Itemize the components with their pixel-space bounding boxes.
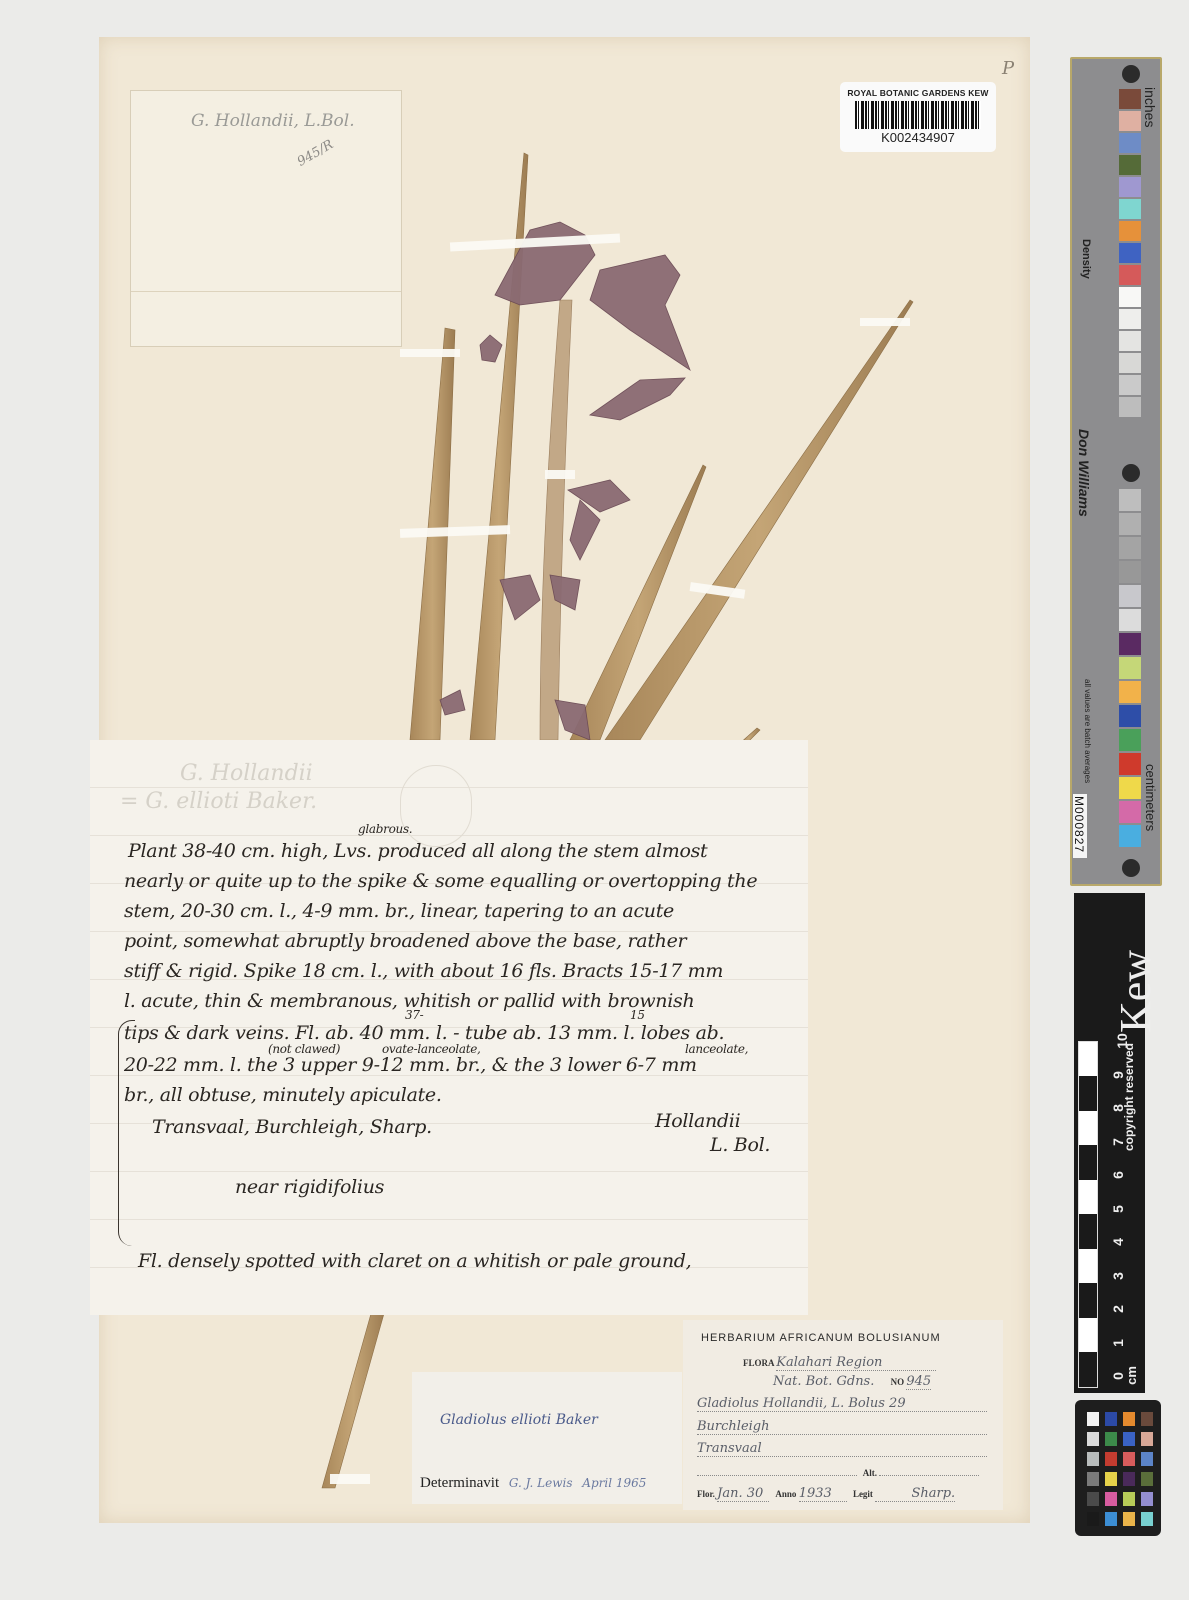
scale-tick: 10 [1114, 1033, 1130, 1049]
color-patch [1119, 89, 1141, 109]
species-name: Hollandii [655, 1110, 740, 1132]
region-row: Transvaal [697, 1441, 987, 1457]
cm-label: cm [1124, 1366, 1139, 1385]
density-label: Density [1080, 239, 1092, 279]
taxon-value: Gladiolus Hollandii, L. Bolus 29 [697, 1396, 987, 1412]
region-value: Transvaal [697, 1441, 987, 1457]
checker-swatch [1087, 1512, 1099, 1526]
alt-row: Alt. [697, 1468, 979, 1478]
scale-tick: 5 [1110, 1205, 1126, 1213]
scale-tick: 6 [1110, 1171, 1126, 1179]
color-patch [1119, 221, 1141, 241]
checker-swatch [1105, 1512, 1117, 1526]
insertion-glabrous: glabrous. [358, 822, 412, 836]
ruler-hole-icon [1122, 65, 1140, 83]
color-patch [1119, 657, 1141, 679]
ruler-hole-icon [1122, 859, 1140, 877]
color-patch [1119, 681, 1141, 703]
checker-swatch [1087, 1472, 1099, 1486]
barcode-label: ROYAL BOTANIC GARDENS KEW K002434907 [840, 82, 996, 152]
copyright-text: copyright reserved [1122, 1043, 1136, 1151]
locality-value: Burchleigh [697, 1419, 987, 1435]
legit-value: Sharp. [875, 1486, 955, 1502]
author-abbrev: L. Bol. [710, 1134, 770, 1156]
color-patch [1119, 243, 1141, 263]
color-patch [1119, 729, 1141, 751]
no-label: NO [891, 1377, 905, 1387]
color-patch [1119, 609, 1141, 631]
color-patch [1119, 177, 1141, 197]
determination-slip: Gladiolus ellioti Baker Determinavit G. … [412, 1372, 682, 1504]
checker-swatch [1105, 1452, 1117, 1466]
insertion-tube-size: 15 [630, 1008, 645, 1022]
checker-swatch [1087, 1492, 1099, 1506]
scale-tick: 7 [1110, 1138, 1126, 1146]
alt-value [879, 1475, 979, 1476]
fragment-packet: G. Hollandii, L.Bol. 945/R [130, 90, 402, 347]
checker-swatch [1087, 1432, 1099, 1446]
scale-tick: 2 [1110, 1305, 1126, 1313]
color-patch [1119, 489, 1141, 511]
scale-tick: 4 [1110, 1238, 1126, 1246]
checker-swatch [1105, 1472, 1117, 1486]
description-line-9: br., all obtuse, minutely apiculate. [124, 1084, 442, 1106]
checker-swatch [1141, 1412, 1153, 1426]
kew-scale-bar: Kew copyright reserved 012345678910 cm [1074, 893, 1145, 1393]
corner-mark: P [1002, 58, 1014, 79]
description-line-7: tips & dark veins. Fl. ab. 40 mm. l. - t… [124, 1022, 724, 1044]
flora-row: FLORA Kalahari Region [743, 1355, 936, 1371]
centimeters-label: centimeters [1143, 764, 1158, 831]
source-value: Nat. Bot. Gdns. [773, 1374, 874, 1389]
kew-logo: Kew [1110, 950, 1161, 1033]
color-patch [1119, 537, 1141, 559]
color-checker-card [1075, 1400, 1161, 1536]
determination-date: April 1965 [582, 1476, 646, 1490]
insertion-fl-size: 37- [405, 1008, 423, 1022]
description-label: G. Hollandii = G. ellioti Baker. glabrou… [90, 740, 808, 1315]
checker-swatch [1123, 1492, 1135, 1506]
locality-line: Transvaal, Burchleigh, Sharp. [152, 1116, 432, 1138]
color-patch [1119, 633, 1141, 655]
scale-tick: 8 [1110, 1104, 1126, 1112]
color-patch [1119, 331, 1141, 351]
color-patch [1119, 353, 1141, 373]
checker-swatch [1141, 1512, 1153, 1526]
locality-row: Burchleigh [697, 1419, 987, 1435]
scale-tick: 3 [1110, 1272, 1126, 1280]
cm-scale [1078, 1041, 1098, 1388]
checker-swatch [1141, 1472, 1153, 1486]
checker-swatch [1087, 1412, 1099, 1426]
brand-label: Don Williams [1076, 429, 1092, 517]
color-patch [1119, 199, 1141, 219]
color-patch [1119, 133, 1141, 153]
checker-swatch [1105, 1412, 1117, 1426]
no-value: 945 [906, 1374, 931, 1390]
color-patch [1119, 155, 1141, 175]
number-row: Nat. Bot. Gdns. NO 945 [773, 1374, 931, 1390]
scale-tick: 9 [1110, 1071, 1126, 1079]
packet-name: G. Hollandii, L.Bol. [191, 111, 355, 131]
color-patch [1119, 825, 1141, 847]
flora-label: FLORA [743, 1358, 774, 1368]
taxon-row: Gladiolus Hollandii, L. Bolus 29 [697, 1396, 987, 1412]
color-patch [1119, 309, 1141, 329]
ruler-hole-icon [1122, 464, 1140, 482]
checker-swatch [1105, 1492, 1117, 1506]
scale-tick: 1 [1110, 1339, 1126, 1347]
checker-swatch [1123, 1472, 1135, 1486]
description-line-8: 20-22 mm. l. the 3 upper 9-12 mm. br., &… [124, 1054, 697, 1076]
description-line-5: stiff & rigid. Spike 18 cm. l., with abo… [124, 960, 723, 982]
determinavit-line: Determinavit G. J. Lewis April 1965 [420, 1475, 646, 1492]
color-patch [1119, 375, 1141, 395]
near-note: near rigidifolius [235, 1176, 384, 1198]
institution-name: ROYAL BOTANIC GARDENS KEW [840, 88, 996, 98]
color-patch [1119, 287, 1141, 307]
color-patch [1119, 753, 1141, 775]
color-patch [1119, 561, 1141, 583]
anno-label: Anno [775, 1489, 796, 1499]
color-patch [1119, 801, 1141, 823]
determined-taxon: Gladiolus ellioti Baker [440, 1412, 598, 1428]
checker-swatch [1141, 1492, 1153, 1506]
ruler-id-tag: M000827 [1073, 794, 1087, 858]
checker-swatch [1123, 1452, 1135, 1466]
inches-label: inches [1142, 87, 1158, 127]
checker-swatch [1105, 1432, 1117, 1446]
checker-swatch [1123, 1412, 1135, 1426]
checker-swatch [1087, 1452, 1099, 1466]
description-line-3: stem, 20-30 cm. l., 4-9 mm. br., linear,… [124, 900, 674, 922]
flora-value: Kalahari Region [776, 1355, 936, 1371]
herbarium-label: HERBARIUM AFRICANUM BOLUSIANUM FLORA Kal… [683, 1320, 1003, 1510]
flower-note: Fl. densely spotted with claret on a whi… [138, 1250, 691, 1272]
barcode-number: K002434907 [840, 130, 996, 145]
description-line-1: Plant 38-40 cm. high, Lvs. produced all … [128, 840, 707, 862]
color-patch [1119, 585, 1141, 607]
checker-swatch [1123, 1512, 1135, 1526]
color-patch [1119, 513, 1141, 535]
collection-row: Flor. Jan. 30 Anno 1933 Legit Sharp. [697, 1486, 955, 1502]
bracket-mark [118, 1020, 135, 1246]
flor-label: Flor. [697, 1489, 715, 1499]
batch-note: all values are batch averages [1083, 679, 1092, 783]
determiner-name: G. J. Lewis [509, 1476, 573, 1490]
color-patch [1119, 265, 1141, 285]
flor-value: Jan. 30 [717, 1486, 769, 1502]
color-patch [1119, 397, 1141, 417]
determinavit-label: Determinavit [420, 1475, 499, 1491]
color-patch [1119, 111, 1141, 131]
color-patch [1119, 777, 1141, 799]
herbarium-header: HERBARIUM AFRICANUM BOLUSIANUM [701, 1332, 941, 1344]
description-line-2: nearly or quite up to the spike & some e… [124, 870, 757, 892]
checker-swatch [1123, 1432, 1135, 1446]
checker-swatch [1141, 1452, 1153, 1466]
anno-value: 1933 [799, 1486, 847, 1502]
alt-label: Alt. [863, 1468, 877, 1478]
color-calibration-ruler: inches Density Don Williams all values a… [1070, 57, 1162, 886]
checker-swatch [1141, 1432, 1153, 1446]
color-patch [1119, 705, 1141, 727]
legit-label: Legit [853, 1489, 873, 1499]
faint-heading: G. Hollandii = G. ellioti Baker. [120, 760, 317, 816]
barcode-icon [855, 101, 981, 129]
description-line-4: point, somewhat abruptly broadened above… [124, 930, 686, 952]
